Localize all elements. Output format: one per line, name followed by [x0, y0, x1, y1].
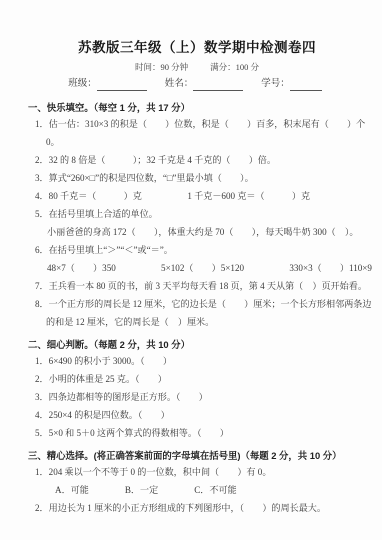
student-id-blank-line: [290, 80, 322, 91]
class-field: 班级：: [68, 77, 147, 91]
question-2-5: 5．5×0 和 5＋0 这两个算式的得数相等。（ ）: [35, 424, 376, 442]
student-info-row: 班级： 姓名： 学号：: [28, 77, 376, 91]
question-3-1-options: A．可能 B．一定 C．不可能: [35, 481, 376, 499]
class-blank-line: [97, 80, 147, 91]
question-1-2: 2．32 的 8 倍是（ ）；32 千克是 4 千克的（ ）倍。: [35, 151, 376, 169]
question-1-8: 8．一个正方形的周长是 12 厘米，它的边长是（ ）厘米；一个长方形相邻两条边的…: [35, 295, 376, 331]
exam-paper: 苏教版三年级（上）数学期中检测卷四 时间：90 分钟 满分：100 分 班级： …: [0, 0, 382, 517]
question-1-3: 3．算式“260×□”的积是四位数，“□”里最小填（ ）。: [35, 169, 376, 187]
section-fill-in-blanks: 一、快乐填空。（每空 1 分，共 17 分） 1．估一估：310×3 的积是（ …: [28, 101, 376, 331]
option-a: A．可能: [55, 481, 89, 499]
page-title: 苏教版三年级（上）数学期中检测卷四: [28, 40, 376, 56]
question-2-3: 3．四条边都相等的图形是正方形。（ ）: [35, 388, 376, 406]
question-1-1: 1．估一估：310×3 的积是（ ）位数，积是（ ）百多，积末尾有（ ）个 0。: [35, 115, 376, 151]
question-1-5-subline: 小丽爸爸的身高 172（ ），体重大约是 70（ ），每天喝牛奶 300（ ）。: [35, 223, 376, 241]
question-1-4: 4．80 千克＝（ ）克 1 千克－600 克＝（ ）克: [35, 187, 376, 205]
question-1-5: 5．在括号里填上合适的单位。: [35, 205, 376, 223]
name-blank-line: [193, 80, 243, 91]
page-number: - 1 -: [0, 501, 382, 511]
option-b: B．一定: [125, 481, 158, 499]
comparison-3: 330×3（ ）110×9: [289, 259, 372, 277]
name-field: 姓名：: [165, 77, 244, 91]
question-1-6: 6．在括号里填上“＞”“＜”或“＝”。: [35, 241, 376, 259]
comparison-2: 5×102（ ）5×120: [161, 259, 244, 277]
time-limit-label: 时间：90 分钟: [135, 61, 188, 73]
student-id-label: 学号：: [261, 77, 290, 91]
section-1-body: 1．估一估：310×3 的积是（ ）位数，积是（ ）百多，积末尾有（ ）个 0。…: [28, 115, 376, 331]
question-2-2: 2．小明的体重是 25 克。（ ）: [35, 370, 376, 388]
question-3-1: 1．204 乘以一个不等于 0 的一位数，积中间（ ）有 0。: [35, 463, 376, 481]
class-label: 班级：: [68, 77, 97, 91]
question-1-6-comparisons: 48×7（ ）350 5×102（ ）5×120 330×3（ ）110×9: [35, 259, 376, 277]
section-true-false: 二、细心判断。（每题 2 分，共 10 分） 1．6×490 的积小于 3000…: [28, 338, 376, 442]
section-2-heading: 二、细心判断。（每题 2 分，共 10 分）: [28, 338, 376, 352]
option-c: C．不可能: [194, 481, 236, 499]
section-3-heading: 三、精心选择。(将正确答案前面的字母填在括号里)（每题 2 分，共 10 分）: [28, 449, 376, 463]
section-2-body: 1．6×490 的积小于 3000。（ ） 2．小明的体重是 25 克。（ ） …: [28, 352, 376, 442]
question-2-4: 4．250×4 的积是四位数。（ ）: [35, 406, 376, 424]
comparison-1: 48×7（ ）350: [47, 259, 116, 277]
question-2-1: 1．6×490 的积小于 3000。（ ）: [35, 352, 376, 370]
question-1-7: 7．王兵看一本 80 页的书，前 3 天平均每天看 18 页，第 4 天从第（ …: [35, 277, 376, 295]
student-id-field: 学号：: [261, 77, 322, 91]
section-1-heading: 一、快乐填空。（每空 1 分，共 17 分）: [28, 101, 376, 115]
name-label: 姓名：: [165, 77, 194, 91]
full-score-label: 满分：100 分: [210, 61, 259, 73]
exam-meta: 时间：90 分钟 满分：100 分: [28, 61, 376, 73]
